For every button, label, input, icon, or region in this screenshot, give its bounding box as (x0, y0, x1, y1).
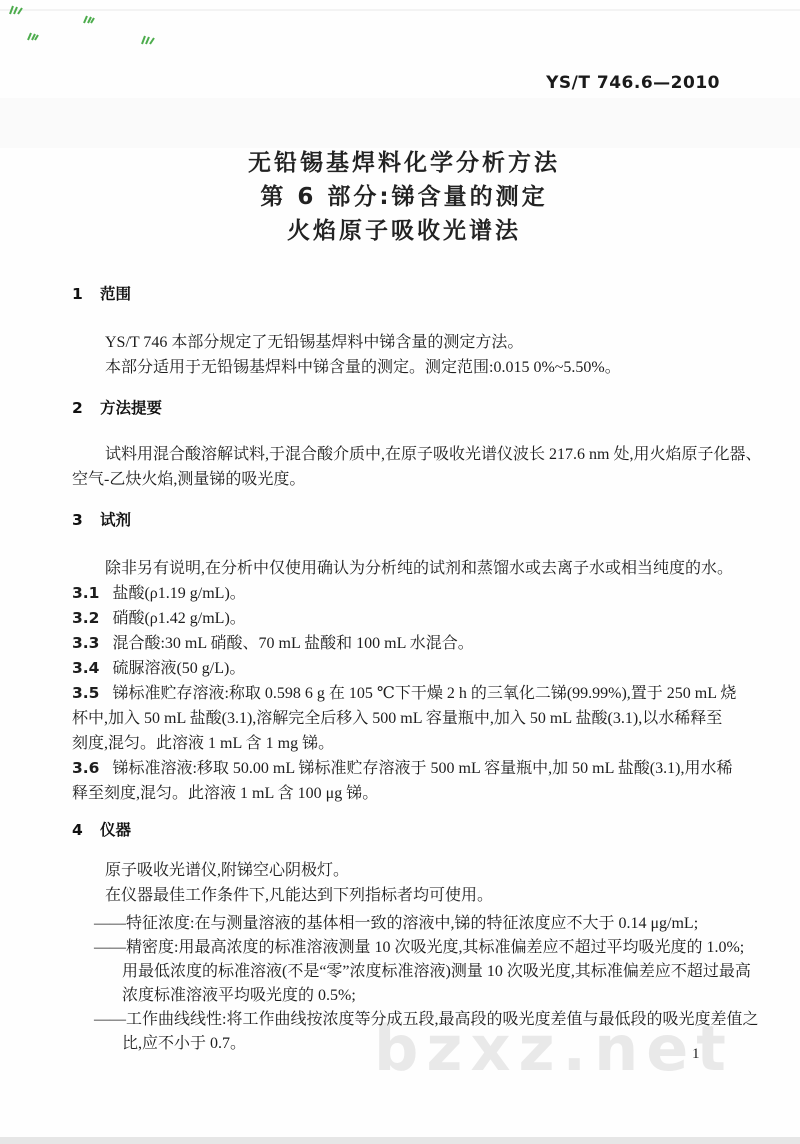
section-4-heading: 4仪器 (72, 820, 736, 840)
section-1-heading: 1范围 (72, 284, 736, 304)
section-2-heading: 2方法提要 (72, 398, 736, 418)
paragraph: 除非另有说明,在分析中仅使用确认为分析纯的试剂和蒸馏水或去离子水或相当纯度的水。 (105, 556, 736, 581)
section-number: 2 (72, 398, 86, 418)
scan-band (0, 98, 800, 148)
clause-3-1: 3.1盐酸(ρ1.19 g/mL)。 (72, 581, 736, 606)
bullet-line: 浓度标准溶液平均吸光度的 0.5%; (122, 984, 736, 1008)
paragraph: YS/T 746 本部分规定了无铅锡基焊料中锑含量的测定方法。 (105, 330, 736, 355)
paragraph: 原子吸收光谱仪,附锑空心阴极灯。 (105, 858, 736, 883)
clause-number: 3.2 (72, 609, 99, 627)
section-title: 仪器 (100, 821, 131, 839)
clause-text: 锑标准溶液:移取 50.00 mL 锑标准贮存溶液于 500 mL 容量瓶中,加… (112, 760, 732, 777)
paragraph: 在仪器最佳工作条件下,凡能达到下列指标者均可使用。 (105, 883, 736, 908)
section-title: 范围 (100, 285, 131, 303)
section-3-heading: 3试剂 (72, 510, 736, 530)
bullet-line: 比,应不小于 0.7。 (122, 1032, 736, 1056)
scan-mark-icon (8, 3, 24, 21)
clause-number: 3.5 (72, 684, 99, 702)
paragraph: 本部分适用于无铅锡基焊料中锑含量的测定。测定范围:0.015 0%~5.50%。 (105, 355, 736, 380)
document-title: 无铅锡基焊料化学分析方法 第 6 部分:锑含量的测定 火焰原子吸收光谱法 (72, 146, 736, 248)
bullet-item: ——精密度:用最高浓度的标准溶液测量 10 次吸光度,其标准偏差应不超过平均吸光… (72, 936, 736, 1008)
title-line-3: 火焰原子吸收光谱法 (72, 214, 736, 248)
title-line-2: 第 6 部分:锑含量的测定 (72, 180, 736, 214)
clause-text: 混合酸:30 mL 硝酸、70 mL 盐酸和 100 mL 水混合。 (112, 635, 473, 652)
bullet-line: ——精密度:用最高浓度的标准溶液测量 10 次吸光度,其标准偏差应不超过平均吸光… (94, 936, 736, 960)
clause-3-3: 3.3混合酸:30 mL 硝酸、70 mL 盐酸和 100 mL 水混合。 (72, 631, 736, 656)
document-body: 1范围 YS/T 746 本部分规定了无铅锡基焊料中锑含量的测定方法。 本部分适… (72, 284, 736, 1056)
bullet-line: 用最低浓度的标准溶液(不是“零”浓度标准溶液)测量 10 次吸光度,其标准偏差应… (122, 960, 736, 984)
clause-number: 3.4 (72, 659, 99, 677)
document-page: YS/T 746.6—2010 无铅锡基焊料化学分析方法 第 6 部分:锑含量的… (0, 0, 800, 1144)
bullet-line: ——工作曲线线性:将工作曲线按浓度等分成五段,最高段的吸光度差值与最低段的吸光度… (94, 1008, 736, 1032)
section-number: 4 (72, 820, 86, 840)
clause-text: 锑标准贮存溶液:称取 0.598 6 g 在 105 ℃下干燥 2 h 的三氧化… (112, 685, 736, 702)
paragraph-line: 空气-乙炔火焰,测量锑的吸光度。 (72, 467, 736, 492)
clause-number: 3.1 (72, 584, 99, 602)
section-title: 方法提要 (100, 399, 162, 417)
bullet-item: ——特征浓度:在与测量溶液的基体相一致的溶液中,锑的特征浓度应不大于 0.14 … (72, 912, 736, 936)
clause-3-6-line: 释至刻度,混匀。此溶液 1 mL 含 100 μg 锑。 (72, 781, 736, 806)
section-number: 3 (72, 510, 86, 530)
clause-text: 硝酸(ρ1.42 g/mL)。 (112, 610, 245, 627)
section-number: 1 (72, 284, 86, 304)
clause-3-4: 3.4硫脲溶液(50 g/L)。 (72, 656, 736, 681)
clause-number: 3.3 (72, 634, 99, 652)
clause-3-5-line: 刻度,混匀。此溶液 1 mL 含 1 mg 锑。 (72, 731, 736, 756)
clause-3-2: 3.2硝酸(ρ1.42 g/mL)。 (72, 606, 736, 631)
bullet-item: ——工作曲线线性:将工作曲线按浓度等分成五段,最高段的吸光度差值与最低段的吸光度… (72, 1008, 736, 1056)
bullet-line: ——特征浓度:在与测量溶液的基体相一致的溶液中,锑的特征浓度应不大于 0.14 … (94, 912, 736, 936)
scan-mark-icon (26, 29, 40, 47)
clause-3-5-line: 杯中,加入 50 mL 盐酸(3.1),溶解完全后移入 500 mL 容量瓶中,… (72, 706, 736, 731)
clause-number: 3.6 (72, 759, 99, 777)
scan-bottom-band (0, 1137, 800, 1144)
clause-text: 硫脲溶液(50 g/L)。 (112, 660, 245, 677)
scan-hairline (0, 9, 800, 11)
clause-text: 盐酸(ρ1.19 g/mL)。 (112, 585, 245, 602)
title-line-1: 无铅锡基焊料化学分析方法 (72, 146, 736, 180)
standard-code: YS/T 746.6—2010 (546, 73, 720, 93)
page-number: 1 (692, 1046, 700, 1063)
scan-mark-icon (82, 12, 96, 30)
paragraph-line: 试料用混合酸溶解试料,于混合酸介质中,在原子吸收光谱仪波长 217.6 nm 处… (105, 442, 736, 467)
scan-mark-icon (140, 33, 156, 51)
section-title: 试剂 (100, 511, 131, 529)
clause-3-6: 3.6锑标准溶液:移取 50.00 mL 锑标准贮存溶液于 500 mL 容量瓶… (72, 756, 736, 781)
clause-3-5: 3.5锑标准贮存溶液:称取 0.598 6 g 在 105 ℃下干燥 2 h 的… (72, 681, 736, 706)
